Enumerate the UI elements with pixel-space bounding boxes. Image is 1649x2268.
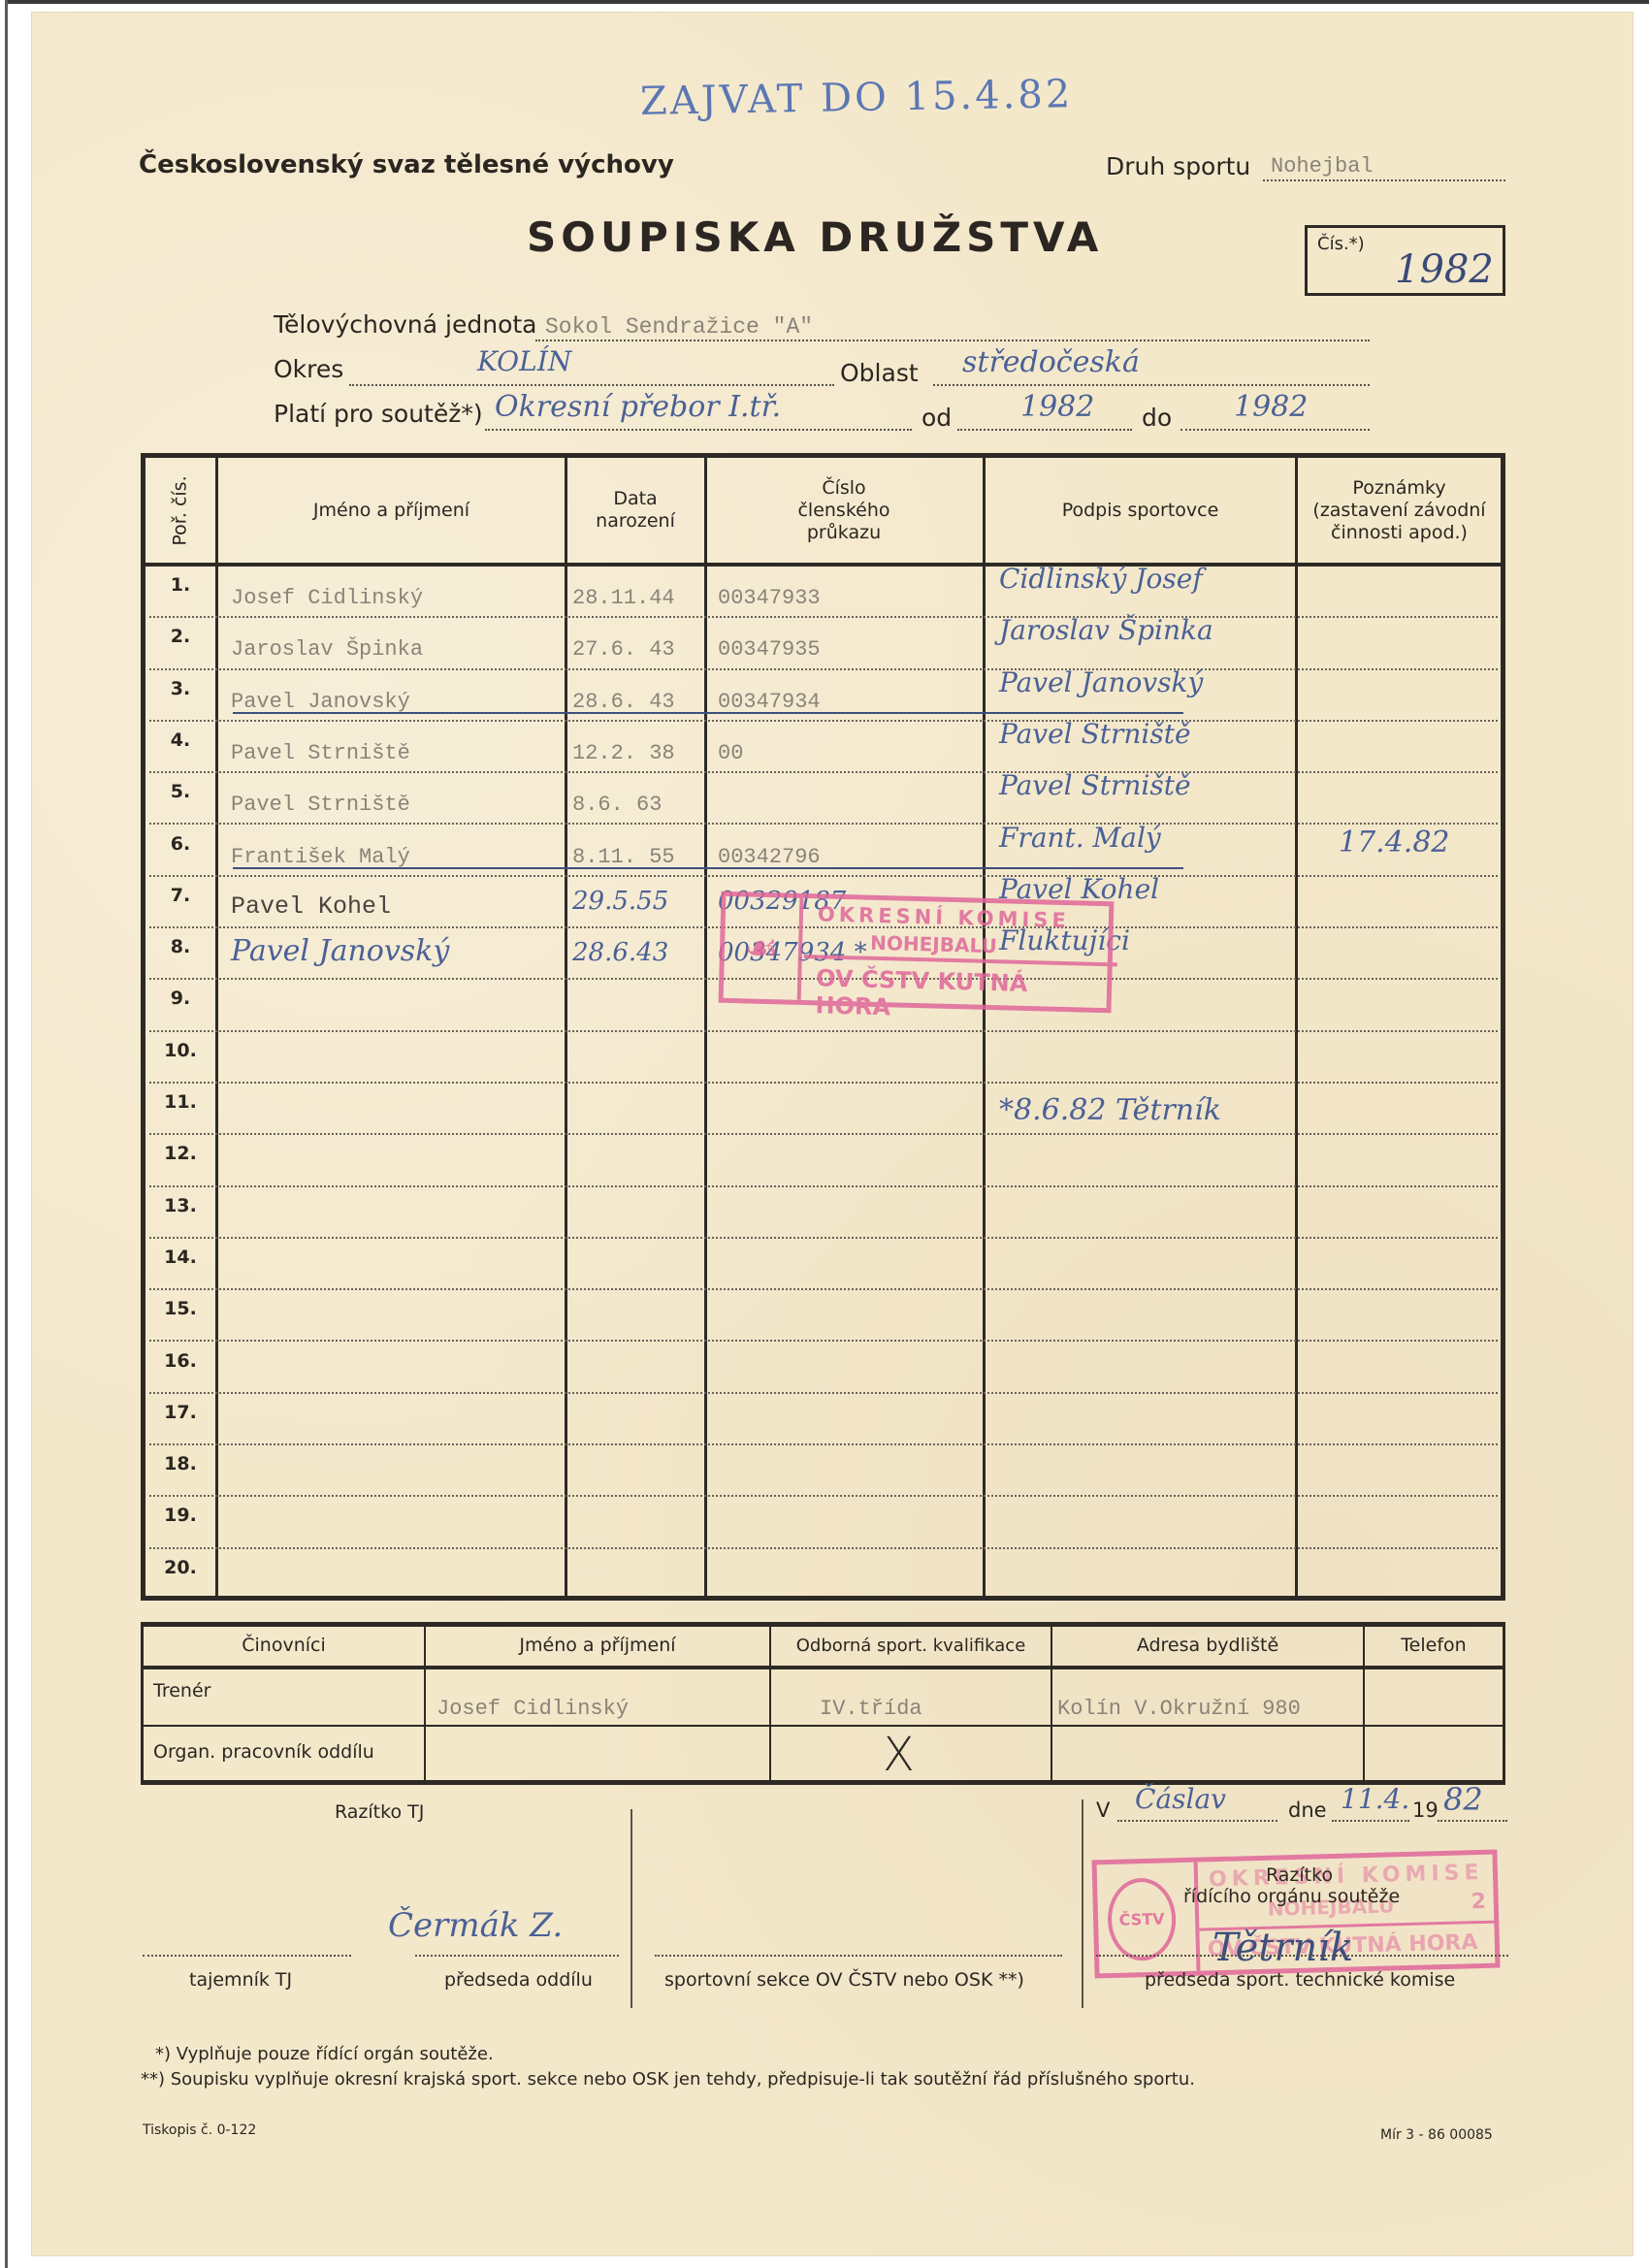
birth-date: 29.5.55 <box>572 887 668 916</box>
table-row[interactable]: 3.Pavel Janovský28.6. 4300347934Pavel Ja… <box>145 670 1501 722</box>
column-header-card: Číslo členského průkazu <box>727 458 960 563</box>
staff-header-phone: Telefon <box>1365 1627 1503 1664</box>
row-number: 5. <box>145 781 215 802</box>
table-row[interactable]: 2.Jaroslav Špinka27.6. 4300347935Jarosla… <box>145 618 1501 669</box>
row-number: 16. <box>145 1350 215 1372</box>
staff-header-divider <box>144 1666 1503 1669</box>
number-box[interactable]: Čís.*) 1982 <box>1305 225 1505 296</box>
district-underline[interactable] <box>349 355 834 386</box>
place-date-row: V Čáslav dne 11.4. 19 82 <box>1096 1793 1508 1826</box>
player-name: Pavel Kohel <box>231 892 391 921</box>
unit-label: Tělovýchovná jednota <box>274 310 536 339</box>
player-name: Pavel Janovský <box>231 934 449 968</box>
to-value: 1982 <box>1234 390 1308 424</box>
column-header-signature: Podpis sportovce <box>986 458 1295 563</box>
row-number: 20. <box>145 1557 215 1578</box>
player-signature: Pavel Strniště <box>999 718 1191 750</box>
competition-label: Platí pro soutěž*) <box>274 400 483 428</box>
chair-signature-line[interactable] <box>415 1955 619 1957</box>
row-note: 17.4.82 <box>1339 826 1450 859</box>
printer-code: Mír 3 - 86 00085 <box>1380 2127 1493 2143</box>
row-number: 19. <box>145 1505 215 1526</box>
from-value: 1982 <box>1020 390 1094 424</box>
table-row[interactable]: 12. <box>145 1135 1501 1186</box>
membership-card-number: 00347934 <box>718 690 821 714</box>
table-row[interactable]: 17. <box>145 1394 1501 1445</box>
chair-signature: Čermák Z. <box>388 1906 563 1945</box>
district-committee-stamp: ☙ OKRESNÍ KOMISE NOHEJBALU OV ČSTV KUTNÁ… <box>719 891 1115 1014</box>
organ-stamp-label-1: Razítko <box>1266 1864 1333 1886</box>
row-number: 3. <box>145 678 215 699</box>
district-region-row: Okres KOLÍN Oblast středočeská <box>274 355 1370 390</box>
column-header-order-label: Poř. čís. <box>170 475 192 545</box>
row-number: 11. <box>145 1091 215 1113</box>
number-value: 1982 <box>1395 247 1494 292</box>
player-name: Jaroslav Špinka <box>231 637 423 662</box>
scan-frame-top <box>5 0 1649 4</box>
birth-date: 8.11. 55 <box>572 845 675 869</box>
staff-organizer-phone[interactable] <box>1368 1729 1500 1777</box>
from-label: od <box>921 404 952 432</box>
page-title: SOUPISKA DRUŽSTVA <box>527 213 1103 261</box>
unit-field[interactable]: Tělovýchovná jednota Sokol Sendražice "A… <box>274 310 1370 345</box>
row-number: 15. <box>145 1298 215 1319</box>
roster-table: Poř. čís. Jméno a příjmení Data narození… <box>141 453 1505 1601</box>
secretary-signature-line[interactable] <box>143 1955 351 1957</box>
player-name: Pavel Strniště <box>231 793 410 817</box>
handwritten-deadline-note: ZAJVAT DO 15.4.82 <box>640 72 1074 124</box>
staff-row-divider <box>144 1725 1503 1727</box>
sport-field[interactable]: Druh sportu Nohejbal <box>1106 152 1505 183</box>
unit-value: Sokol Sendražice "A" <box>545 314 813 340</box>
section-label: sportovní sekce OV ČSTV nebo OSK **) <box>664 1969 1024 1991</box>
staff-header-role: Činovníci <box>144 1627 424 1664</box>
row-number: 18. <box>145 1453 215 1474</box>
sport-label: Druh sportu <box>1106 152 1250 180</box>
date-label: dne <box>1288 1798 1327 1822</box>
row-number: 7. <box>145 885 215 906</box>
committee-signature-line[interactable] <box>1096 1955 1508 1957</box>
table-row[interactable]: 4.Pavel Strniště12.2. 3800Pavel Strniště <box>145 722 1501 773</box>
cross-mark-icon: X <box>883 1728 915 1782</box>
stamp-line-1: OKRESNÍ KOMISE <box>818 902 1070 932</box>
strikethrough-line <box>233 867 1183 869</box>
staff-header-address: Adresa bydliště <box>1052 1627 1363 1664</box>
column-header-name: Jméno a příjmení <box>218 458 565 563</box>
region-label: Oblast <box>840 359 919 387</box>
stamp-emblem-icon: ☙ <box>724 896 804 1000</box>
signature-divider-2 <box>1082 1799 1083 2008</box>
strikethrough-line <box>233 712 1183 714</box>
staff-trainer-address[interactable]: Kolín V.Okružní 980 <box>1057 1697 1301 1721</box>
section-signature-line[interactable] <box>655 1955 1062 1957</box>
competition-value: Okresní přebor I.tř. <box>495 390 781 424</box>
governing-stamp-number: 2 <box>1471 1890 1486 1914</box>
staff-header-qualification: Odborná sport. kvalifikace <box>771 1627 1051 1664</box>
table-row[interactable]: 1.Josef Cidlinský28.11.4400347933Cidlins… <box>145 567 1501 618</box>
player-name: Josef Cidlinský <box>231 586 423 610</box>
birth-date: 28.6.43 <box>572 938 668 967</box>
player-signature: Jaroslav Špinka <box>999 614 1213 646</box>
player-signature: Pavel Janovský <box>999 666 1203 698</box>
staff-organizer-name[interactable] <box>429 1729 768 1777</box>
stamp-line-3: OV ČSTV KUTNÁ HORA <box>815 964 1107 1026</box>
player-signature: Cidlinský Josef <box>999 563 1203 595</box>
row-number: 9. <box>145 988 215 1009</box>
table-row[interactable]: 19. <box>145 1497 1501 1548</box>
number-label: Čís.*) <box>1317 234 1365 254</box>
chair-label: předseda oddílu <box>444 1969 593 1991</box>
birth-date: 28.6. 43 <box>572 690 675 714</box>
birth-date: 27.6. 43 <box>572 637 675 662</box>
row-number: 1. <box>145 574 215 596</box>
table-row[interactable]: 14. <box>145 1239 1501 1290</box>
staff-table: Činovníci Jméno a příjmení Odborná sport… <box>141 1622 1505 1785</box>
row-number: 17. <box>145 1402 215 1423</box>
date-value: 11.4. <box>1341 1783 1409 1815</box>
player-signature: Frant. Malý <box>999 822 1161 854</box>
player-name: Pavel Janovský <box>231 690 410 714</box>
staff-trainer-qualification[interactable]: IV.třída <box>820 1697 922 1721</box>
to-label: do <box>1142 404 1172 432</box>
district-label: Okres <box>274 355 343 383</box>
table-row[interactable]: 13. <box>145 1187 1501 1239</box>
row-number: 13. <box>145 1195 215 1216</box>
table-row[interactable]: 15. <box>145 1290 1501 1342</box>
scan-frame-left <box>5 0 8 2268</box>
table-row[interactable]: 10. <box>145 1032 1501 1084</box>
table-row[interactable]: 6.František Malý8.11. 5500342796Frant. M… <box>145 826 1501 877</box>
player-name: Pavel Strniště <box>231 741 410 765</box>
staff-role-organizer: Organ. pracovník oddílu <box>153 1741 374 1763</box>
birth-date: 28.11.44 <box>572 586 675 610</box>
footnote-2: **) Soupisku vyplňuje okresní krajská sp… <box>141 2069 1195 2090</box>
column-header-notes: Poznámky (zastavení závodní činnosti apo… <box>1298 458 1501 563</box>
sport-value: Nohejbal <box>1271 154 1374 178</box>
table-row[interactable]: 5.Pavel Strniště8.6. 63Pavel Strniště <box>145 773 1501 825</box>
year-prefix: 19 <box>1412 1798 1439 1822</box>
row-number: 8. <box>145 936 215 957</box>
staff-header-name: Jméno a příjmení <box>426 1627 769 1664</box>
place-prefix: V <box>1096 1798 1110 1822</box>
membership-card-number: 00347933 <box>718 586 821 610</box>
region-value: středočeská <box>962 345 1140 379</box>
competition-row: Platí pro soutěž*) Okresní přebor I.tř. … <box>274 400 1370 435</box>
table-row[interactable]: 20. <box>145 1549 1501 1601</box>
row-number: 6. <box>145 833 215 855</box>
district-value: KOLÍN <box>477 345 571 377</box>
cstv-emblem-icon: ČSTV <box>1107 1877 1177 1961</box>
column-header-birth: Data narození <box>577 458 694 563</box>
membership-card-number: 00342796 <box>718 845 821 869</box>
staff-trainer-name[interactable]: Josef Cidlinský <box>436 1697 629 1721</box>
committee-label: předseda sport. technické komise <box>1145 1969 1455 1991</box>
row-number: 14. <box>145 1247 215 1268</box>
row-number: 12. <box>145 1143 215 1164</box>
player-name: František Malý <box>231 845 410 869</box>
staff-role-trainer: Trenér <box>153 1680 210 1701</box>
organization-name: Československý svaz tělesné výchovy <box>139 150 674 179</box>
place-value: Čáslav <box>1135 1783 1226 1815</box>
staff-organizer-address[interactable] <box>1055 1729 1361 1777</box>
row-number: 4. <box>145 729 215 751</box>
stamp-line-2: NOHEJBALU <box>870 931 997 957</box>
form-number: Tiskopis č. 0-122 <box>143 2122 256 2138</box>
stamp-tj-label: Razítko TJ <box>335 1801 424 1823</box>
staff-trainer-phone[interactable] <box>1368 1670 1500 1723</box>
table-row[interactable]: 18. <box>145 1445 1501 1497</box>
birth-date: 8.6. 63 <box>572 793 662 817</box>
birth-date: 12.2. 38 <box>572 741 675 765</box>
footnote-1: *) Vyplňuje pouze řídící orgán soutěže. <box>155 2044 494 2064</box>
table-row[interactable]: 16. <box>145 1343 1501 1394</box>
player-signature: *8.6.82 Tětrník <box>999 1093 1221 1127</box>
player-signature: Pavel Strniště <box>999 769 1191 801</box>
row-number: 2. <box>145 626 215 647</box>
committee-chair-signature: Tětrník <box>1212 1926 1353 1970</box>
membership-card-number: 00347935 <box>718 637 821 662</box>
year-value: 82 <box>1443 1781 1483 1818</box>
signature-divider-1 <box>630 1809 632 2008</box>
organ-stamp-label-2: řídícího orgánu soutěže <box>1183 1886 1400 1907</box>
column-header-order: Poř. čís. <box>145 458 215 563</box>
secretary-label: tajemník TJ <box>189 1969 292 1991</box>
table-row[interactable]: 11.*8.6.82 Tětrník <box>145 1084 1501 1135</box>
membership-card-number: 00 <box>718 741 743 765</box>
row-number: 10. <box>145 1040 215 1061</box>
